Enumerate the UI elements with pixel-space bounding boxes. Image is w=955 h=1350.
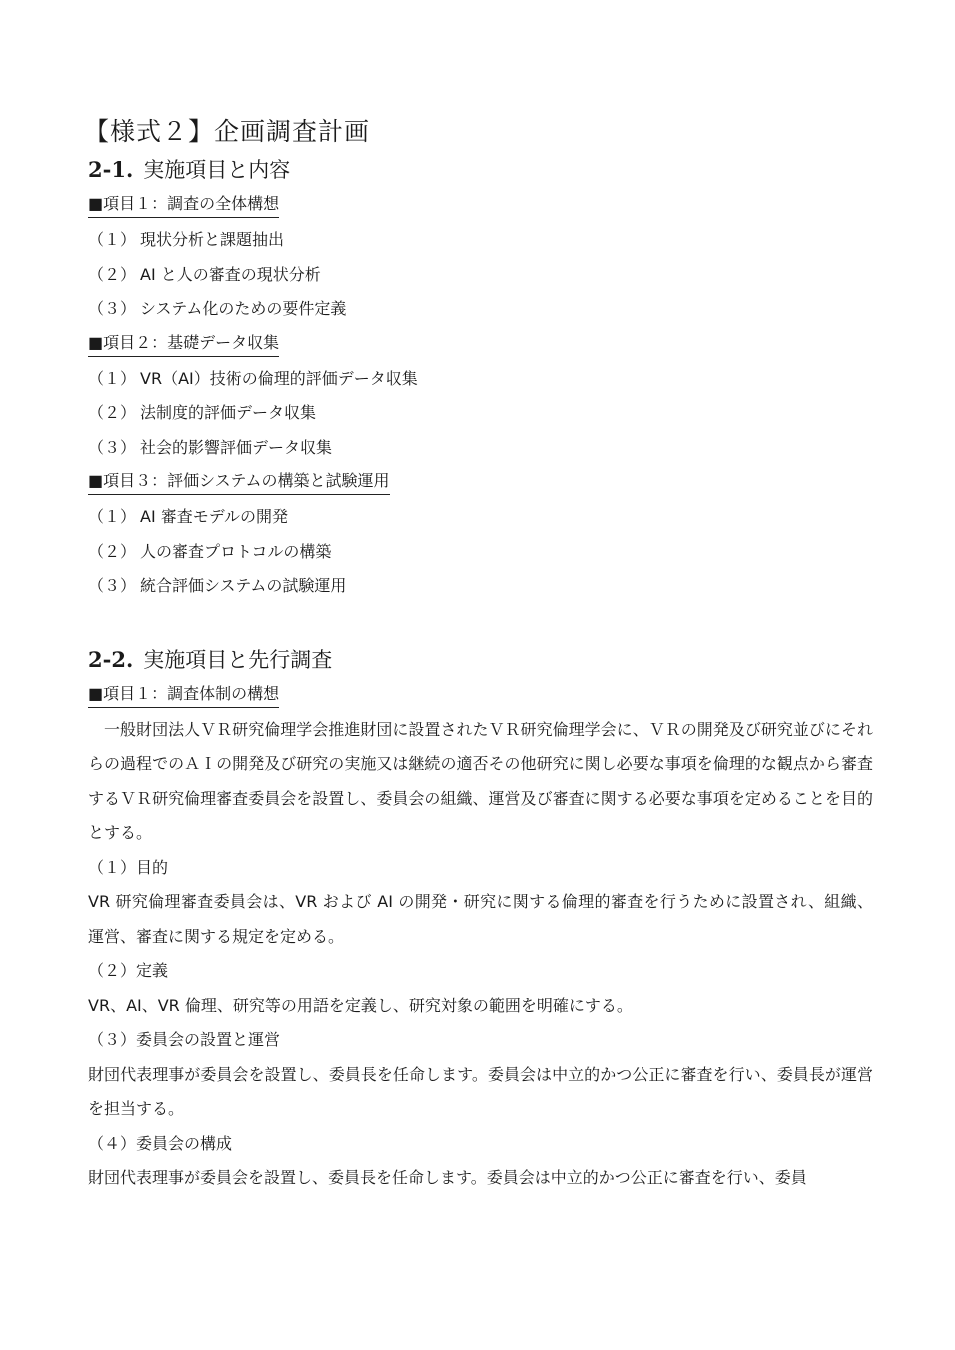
subsection-heading: （４）委員会の構成: [88, 1127, 873, 1162]
subsection-body: VR 研究倫理審査委員会は、VR および AI の開発・研究に関する倫理的審査を…: [88, 885, 873, 954]
subsection-heading: （１）目的: [88, 851, 873, 886]
list-text: VR（AI）技術の倫理的評価データ収集: [140, 369, 418, 388]
subsection-body: 財団代表理事が委員会を設置し、委員長を任命します。委員会は中立的かつ公正に審査を…: [88, 1058, 873, 1127]
document-page: 【様式２】企画調査計画 2-1.実施項目と内容 ■項目１：調査の全体構想 （１）…: [88, 112, 873, 1196]
list-item: （１）AI 審査モデルの開発: [88, 500, 873, 535]
list-text: 人の審査プロトコルの構築: [140, 542, 331, 561]
item-group-3: ■項目３：評価システムの構築と試験運用 （１）AI 審査モデルの開発 （２）人の…: [88, 465, 873, 604]
list-item: （１）VR（AI）技術の倫理的評価データ収集: [88, 362, 873, 397]
list-index: （２）: [88, 265, 136, 284]
list-text: 法制度的評価データ収集: [140, 403, 316, 422]
list-item: （３）統合評価システムの試験運用: [88, 569, 873, 604]
list-item: （２）人の審査プロトコルの構築: [88, 535, 873, 570]
section-2-2: 2-2.実施項目と先行調査 ■項目１：調査体制の構想 一般財団法人ＶＲ研究倫理学…: [88, 642, 873, 1196]
item-group-2: ■項目２：基礎データ収集 （１）VR（AI）技術の倫理的評価データ収集 （２）法…: [88, 327, 873, 466]
item-group-1: ■項目１：調査の全体構想 （１）現状分析と課題抽出 （２）AI と人の審査の現状…: [88, 188, 873, 327]
list-item: （２）AI と人の審査の現状分析: [88, 258, 873, 293]
intro-paragraph: 一般財団法人ＶＲ研究倫理学会推進財団に設置されたＶＲ研究倫理学会に、ＶＲの開発及…: [88, 713, 873, 851]
list-text: システム化のための要件定義: [140, 299, 346, 318]
list-item: （２）法制度的評価データ収集: [88, 396, 873, 431]
section-spacer: [88, 604, 873, 642]
list-text: 統合評価システムの試験運用: [140, 576, 346, 595]
item-header: ■項目３：評価システムの構築と試験運用: [88, 469, 390, 495]
list-index: （１）: [88, 369, 136, 388]
subsection-heading: （３）委員会の設置と運営: [88, 1023, 873, 1058]
list-text: AI 審査モデルの開発: [140, 507, 288, 526]
item-header: ■項目２：基礎データ収集: [88, 331, 279, 357]
list-text: 現状分析と課題抽出: [140, 230, 284, 249]
list-index: （３）: [88, 576, 136, 595]
section-heading: 2-2.実施項目と先行調査: [88, 642, 873, 678]
list-index: （２）: [88, 403, 136, 422]
list-item: （３）システム化のための要件定義: [88, 292, 873, 327]
item-header: ■項目１：調査体制の構想: [88, 682, 279, 708]
subsection-heading: （２）定義: [88, 954, 873, 989]
list-index: （３）: [88, 438, 136, 457]
list-item: （１）現状分析と課題抽出: [88, 223, 873, 258]
section-title: 実施項目と内容: [143, 158, 290, 182]
subsection-body: VR、AI、VR 倫理、研究等の用語を定義し、研究対象の範囲を明確にする。: [88, 989, 873, 1024]
section-number: 2-2.: [88, 647, 133, 672]
list-index: （１）: [88, 507, 136, 526]
list-text: 社会的影響評価データ収集: [140, 438, 332, 457]
list-item: （３）社会的影響評価データ収集: [88, 431, 873, 466]
list-index: （１）: [88, 230, 136, 249]
list-text: AI と人の審査の現状分析: [140, 265, 321, 284]
list-index: （２）: [88, 542, 136, 561]
section-title: 実施項目と先行調査: [143, 648, 332, 672]
subsection-body: 財団代表理事が委員会を設置し、委員長を任命します。委員会は中立的かつ公正に審査を…: [88, 1161, 873, 1196]
section-heading: 2-1.実施項目と内容: [88, 152, 873, 188]
section-number: 2-1.: [88, 157, 133, 182]
document-title: 【様式２】企画調査計画: [84, 112, 873, 152]
list-index: （３）: [88, 299, 136, 318]
section-2-1: 2-1.実施項目と内容 ■項目１：調査の全体構想 （１）現状分析と課題抽出 （２…: [88, 152, 873, 604]
item-header: ■項目１：調査の全体構想: [88, 192, 279, 218]
